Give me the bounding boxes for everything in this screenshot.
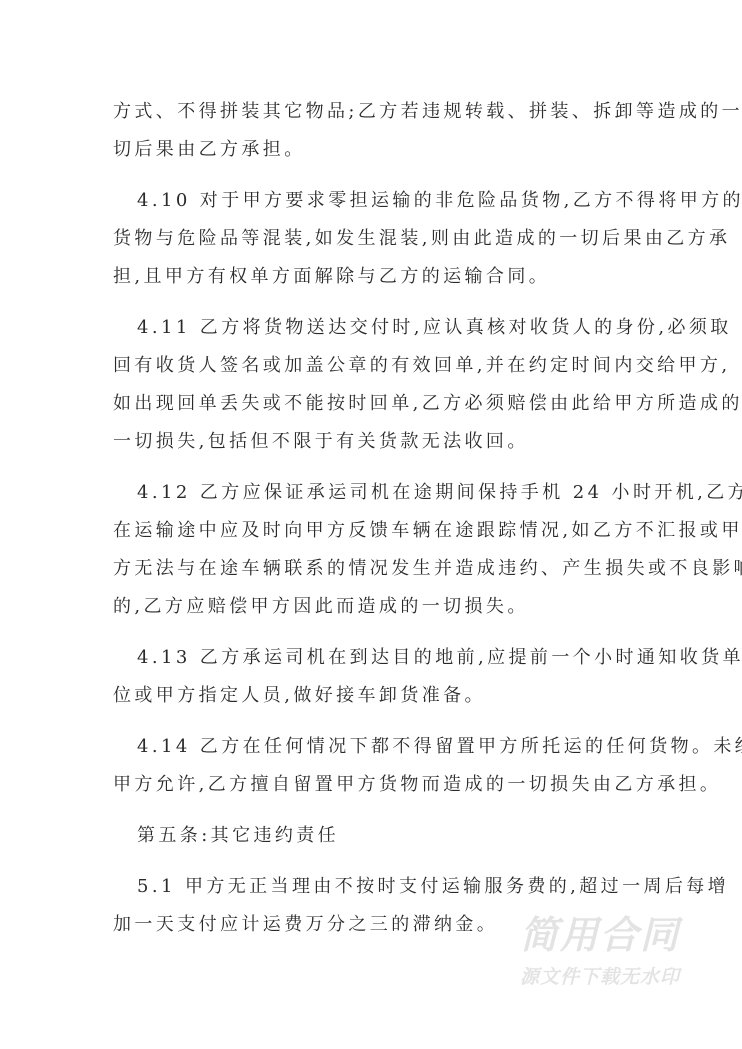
text-line: 位或甲方指定人员,做好接车卸货准备。 — [113, 677, 643, 715]
paragraph-clause-4-10: 4.10 对于甲方要求零担运输的非危险品货物,乙方不得将甲方的 货物与危险品等混… — [113, 182, 643, 296]
watermark: 简用合同 源文件下载无水印 — [512, 912, 688, 992]
text-line: 方无法与在途车辆联系的情况发生并造成违约、产生损失或不良影响 — [113, 550, 643, 588]
text-line: 4.10 对于甲方要求零担运输的非危险品货物,乙方不得将甲方的 — [113, 182, 643, 220]
article-5-heading: 第五条:其它违约责任 — [113, 817, 643, 855]
paragraph-clause-4-14: 4.14 乙方在任何情况下都不得留置甲方所托运的任何货物。未经 甲方允许,乙方擅… — [113, 728, 643, 804]
text-line: 4.13 乙方承运司机在到达目的地前,应提前一个小时通知收货单 — [113, 639, 643, 677]
text-line: 回有收货人签名或加盖公章的有效回单,并在约定时间内交给甲方, — [113, 347, 643, 385]
watermark-brand: 简用合同 — [512, 912, 688, 958]
text-line: 在运输途中应及时向甲方反馈车辆在途跟踪情况,如乙方不汇报或甲 — [113, 512, 643, 550]
text-line: 货物与危险品等混装,如发生混装,则由此造成的一切后果由乙方承 — [113, 220, 643, 258]
text-line: 如出现回单丢失或不能按时回单,乙方必须赔偿由此给甲方所造成的 — [113, 385, 643, 423]
document-page: 方式、不得拼装其它物品;乙方若违规转载、拼装、拆卸等造成的一 切后果由乙方承担。… — [113, 93, 643, 957]
paragraph-clause-4-11: 4.11 乙方将货物送达交付时,应认真核对收货人的身份,必须取 回有收货人签名或… — [113, 309, 643, 461]
text-line: 的,乙方应赔偿甲方因此而造成的一切损失。 — [113, 588, 643, 626]
text-line: 甲方允许,乙方擅自留置甲方货物而造成的一切损失由乙方承担。 — [113, 766, 643, 804]
text-line: 一切损失,包括但不限于有关货款无法收回。 — [113, 423, 643, 461]
text-line: 5.1 甲方无正当理由不按时支付运输服务费的,超过一周后每增 — [113, 868, 643, 906]
text-line: 4.14 乙方在任何情况下都不得留置甲方所托运的任何货物。未经 — [113, 728, 643, 766]
section-heading: 第五条:其它违约责任 — [113, 817, 643, 855]
text-line: 4.12 乙方应保证承运司机在途期间保持手机 24 小时开机,乙方 — [113, 474, 643, 512]
paragraph-clause-4-13: 4.13 乙方承运司机在到达目的地前,应提前一个小时通知收货单 位或甲方指定人员… — [113, 639, 643, 715]
watermark-caption: 源文件下载无水印 — [512, 962, 688, 992]
paragraph-cont-4-9: 方式、不得拼装其它物品;乙方若违规转载、拼装、拆卸等造成的一 切后果由乙方承担。 — [113, 93, 643, 169]
paragraph-clause-4-12: 4.12 乙方应保证承运司机在途期间保持手机 24 小时开机,乙方 在运输途中应… — [113, 474, 643, 626]
text-line: 方式、不得拼装其它物品;乙方若违规转载、拼装、拆卸等造成的一 — [113, 93, 643, 131]
text-line: 担,且甲方有权单方面解除与乙方的运输合同。 — [113, 258, 643, 296]
text-line: 切后果由乙方承担。 — [113, 131, 643, 169]
text-line: 4.11 乙方将货物送达交付时,应认真核对收货人的身份,必须取 — [113, 309, 643, 347]
